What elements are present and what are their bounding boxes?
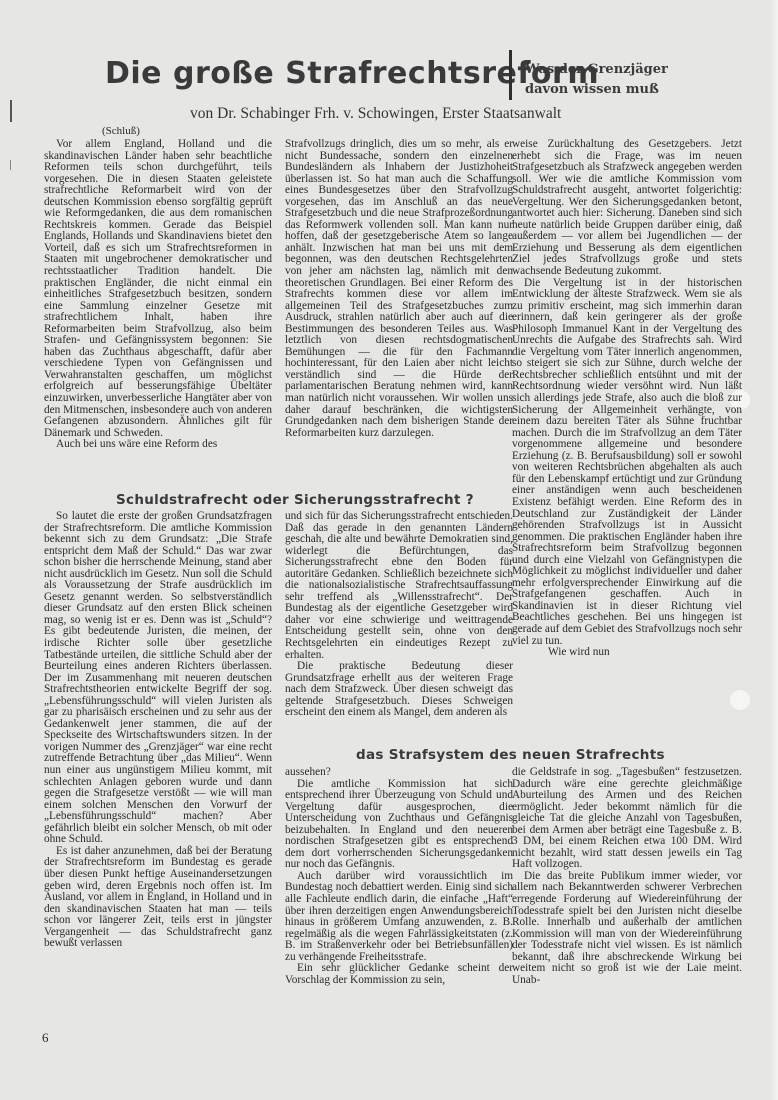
column-1-middle: So lautet die erste der großen Grundsatz… xyxy=(44,511,272,950)
subtitle-line-2: davon wissen muß xyxy=(525,80,668,100)
paragraph: Die amtliche Kommission hat sich entspre… xyxy=(285,779,513,871)
page-number: 6 xyxy=(42,1030,49,1046)
column-3-bottom: die Geldstrafe in sog. „Tagesbußen“ fest… xyxy=(512,767,742,986)
author-byline: von Dr. Schabinger Frh. v. Schowingen, E… xyxy=(190,105,561,123)
column-2-top: Strafvollzugs dringlich, dies um so mehr… xyxy=(285,139,513,439)
paragraph: Ein sehr glücklicher Gedanke scheint der… xyxy=(285,963,513,986)
paragraph: Die praktische Bedeutung dieser Grundsat… xyxy=(285,661,513,719)
paragraph: Wie wird nun xyxy=(512,647,742,659)
paragraph: weise Zurückhaltung des Gesetzgebers. Je… xyxy=(512,139,742,278)
section-heading-1: Schuldstrafrecht oder Sicherungsstrafrec… xyxy=(116,492,474,508)
title-divider xyxy=(509,50,512,100)
paragraph: Die Vergeltung ist in der historischen E… xyxy=(512,278,742,648)
continued-label: (Schluß) xyxy=(102,125,140,137)
page-right-edge xyxy=(770,0,778,1100)
paragraph: Die das breite Publikum immer wieder, vo… xyxy=(512,871,742,986)
paragraph: und sich für das Sicherungsstrafrecht en… xyxy=(285,511,513,661)
column-1-top: Vor allem England, Holland und die skand… xyxy=(44,139,272,451)
paragraph: Es ist daher anzunehmen, daß bei der Ber… xyxy=(44,846,272,950)
paragraph: Auch darüber wird voraussichtlich im Bun… xyxy=(285,871,513,963)
series-subtitle: Was der Grenzjäger davon wissen muß xyxy=(525,60,668,100)
scan-hole xyxy=(730,690,750,710)
article-header: Die große Strafrechtsreform Was der Gren… xyxy=(105,48,705,108)
paragraph: So lautet die erste der großen Grundsatz… xyxy=(44,511,272,846)
paragraph: Strafvollzugs dringlich, dies um so mehr… xyxy=(285,139,513,439)
paragraph: Auch bei uns wäre eine Reform des xyxy=(44,439,272,451)
paragraph: Vor allem England, Holland und die skand… xyxy=(44,139,272,439)
scan-edge-mark xyxy=(10,100,12,122)
paragraph: aussehen? xyxy=(285,767,513,779)
column-3: weise Zurückhaltung des Gesetzgebers. Je… xyxy=(512,139,742,659)
paragraph: die Geldstrafe in sog. „Tagesbußen“ fest… xyxy=(512,767,742,871)
section-heading-2: das Strafsystem des neuen Strafrechts xyxy=(356,747,665,763)
column-2-bottom: aussehen? Die amtliche Kommission hat si… xyxy=(285,767,513,986)
scan-edge-mark xyxy=(10,160,11,170)
column-2-middle: und sich für das Sicherungsstrafrecht en… xyxy=(285,511,513,719)
subtitle-line-1: Was der Grenzjäger xyxy=(525,60,668,80)
